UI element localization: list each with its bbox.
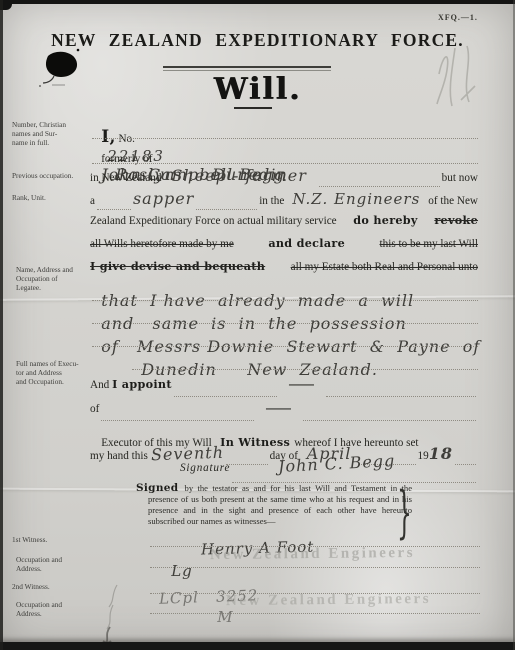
dotted-leader (196, 209, 257, 210)
dotted-leader (97, 209, 131, 210)
margin-label-second-witness: 2nd Witness. (12, 583, 92, 592)
second-witness-occupation-line: M (148, 596, 480, 616)
margin-label-executor: Full names of Execu- tor and Address and… (16, 360, 96, 386)
form-code: XFQ.—1. (438, 13, 478, 22)
estate-struck: all my Estate both Real and Personal unt… (291, 261, 478, 273)
margin-label-occupation-1: Occupation and Address. (16, 556, 96, 574)
handwritten-clause-line: of Messrs Downie Stewart & Payne of (90, 325, 478, 349)
photo-edge (0, 642, 515, 650)
margin-label-first-witness: 1st Witness. (12, 536, 92, 545)
dash-handwritten: — (289, 374, 314, 395)
last-will-struck: this to be my last Will (380, 238, 478, 250)
handwritten-clause-line: Dunedin New Zealand. (130, 348, 478, 372)
do-hereby-gothic: do hereby (353, 213, 417, 227)
year-handwritten: 18 (429, 444, 453, 463)
but-now-label: but now (442, 172, 478, 184)
margin-label-name: Number, Christian names and Sur- name in… (12, 121, 92, 147)
nz-label: in New Zealand (90, 172, 161, 184)
in-the-label: in the (259, 195, 284, 207)
line-rank-unit: a sapper in the N.Z. Engineers of the Ne… (90, 189, 478, 213)
signature-label: Signature (180, 462, 230, 474)
and-declare-gothic: and declare (268, 236, 345, 250)
rank-prefix: a (90, 195, 95, 207)
second-witness-occupation-handwritten: M (217, 608, 233, 626)
occupation-handwritten: Sheep - farmer (171, 166, 306, 185)
dash-handwritten: — (266, 398, 291, 419)
handwritten-clause-line: that I have already made a will (90, 279, 478, 303)
ink-blot (28, 44, 92, 92)
attestation-text: by the testator as and for his last Will… (148, 483, 412, 526)
dotted-leader (174, 396, 277, 397)
attestation-block: Signed by the testator as and for his la… (136, 483, 412, 527)
photo-edge (0, 0, 3, 650)
dotted-leader (326, 396, 476, 397)
service-printed: Zealand Expeditionary Force on actual mi… (90, 215, 337, 227)
wills-heretofore-struck: all Wills heretofore made by me (90, 238, 234, 250)
margin-label-previous-occupation: Previous occupation. (12, 172, 92, 181)
margin-label-legatee: Name, Address and Occupation of Legatee. (16, 266, 96, 292)
margin-label-rank-unit: Rank, Unit. (12, 194, 92, 203)
line-appoint: And I appoint — (90, 376, 478, 400)
and-label: And (90, 379, 112, 391)
give-devise-struck: I give devise and bequeath (90, 259, 265, 273)
of-the-new-label: of the New (428, 195, 478, 207)
handwritten-clause-line: and same is in the possession (90, 302, 478, 326)
title-underline (234, 107, 272, 109)
year-printed: 19 (418, 450, 429, 462)
dotted-leader (303, 420, 476, 421)
line-military-service: Zealand Expeditionary Force on actual mi… (90, 213, 478, 235)
line-opening: I, No. 22183 John Campbell Begg (90, 115, 478, 141)
unit-handwritten: N.Z. Engineers (292, 190, 420, 208)
will-document-photo: XFQ.—1. NEW ZEALAND EXPEDITIONARY FORCE.… (0, 0, 515, 650)
dotted-leader (101, 420, 254, 421)
of-label: of (90, 403, 99, 415)
signed-gothic: Signed (136, 482, 185, 494)
formerly-of-label: formerly of (101, 153, 152, 165)
dotted-leader (319, 186, 440, 187)
rank-handwritten: sapper (133, 189, 194, 208)
first-witness-occupation-line: Lg (148, 550, 480, 570)
pencil-scribble (95, 583, 140, 648)
photo-edge (0, 0, 515, 4)
line-declare: all Wills heretofore made by me and decl… (90, 236, 478, 258)
line-formerly-of: formerly of Roslyn Dunedin (90, 141, 478, 166)
header-rule (163, 66, 331, 71)
my-hand-label: my hand this (90, 450, 151, 462)
line-bequeath: I give devise and bequeath all my Estate… (90, 259, 478, 281)
i-appoint-gothic: I appoint (112, 377, 172, 391)
margin-label-occupation-2: Occupation and Address. (16, 601, 96, 619)
line-previous-occupation: in New Zealand Sheep - farmer but now (90, 166, 478, 190)
line-in-witness: Executor of this my Will In Witness wher… (90, 423, 478, 445)
revoke-struck: revoke (434, 213, 478, 227)
line-of: of — (90, 400, 478, 424)
